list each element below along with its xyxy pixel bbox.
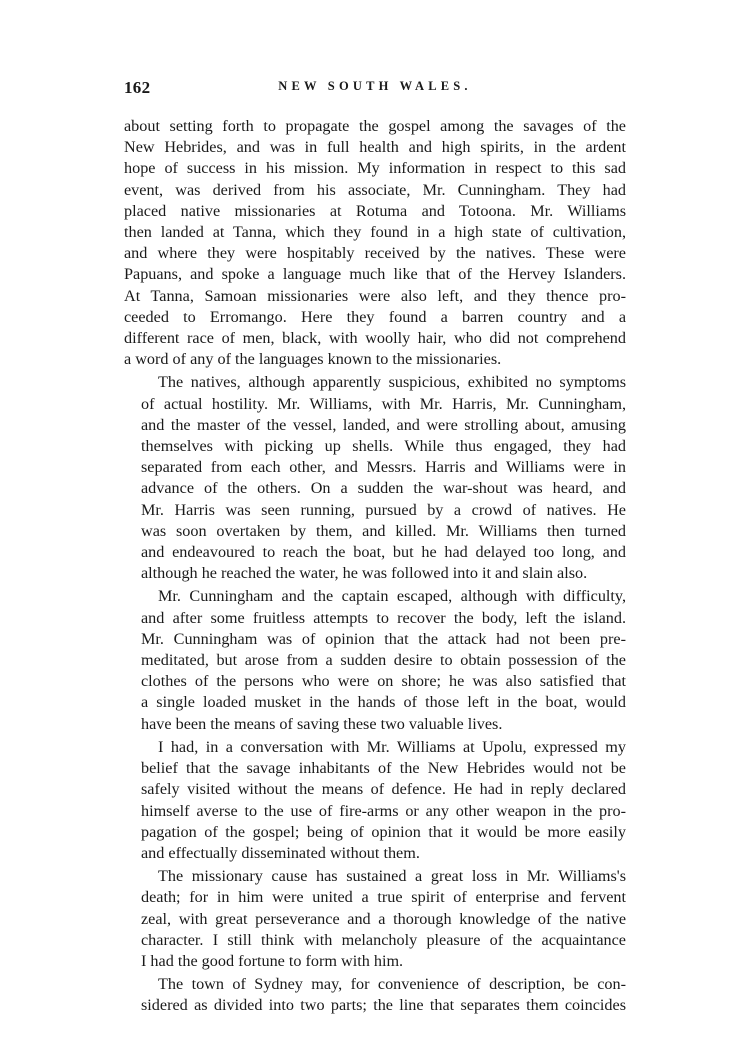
text-line: Mr. Cunningham was of opinion that the a… — [124, 629, 626, 650]
text-line: have been the means of saving these two … — [124, 714, 626, 735]
text-line: safely visited without the means of defe… — [124, 779, 626, 800]
text-line: different race of men, black, with wooll… — [124, 328, 626, 349]
text-line: then landed at Tanna, which they found i… — [124, 222, 626, 243]
running-title: NEW SOUTH WALES. — [124, 79, 626, 94]
text-line: about setting forth to propagate the gos… — [124, 116, 626, 137]
paragraph: The town of Sydney may, for convenience … — [124, 974, 626, 1016]
text-line: himself averse to the use of fire-arms o… — [124, 801, 626, 822]
body-text: about setting forth to propagate the gos… — [124, 116, 626, 1017]
text-line: zeal, with great perseverance and a thor… — [124, 909, 626, 930]
text-line: pagation of the gospel; being of opinion… — [124, 822, 626, 843]
paragraph: about setting forth to propagate the gos… — [124, 116, 626, 370]
text-line: clothes of the persons who were on shore… — [124, 671, 626, 692]
text-line: although he reached the water, he was fo… — [124, 563, 626, 584]
text-line: New Hebrides, and was in full health and… — [124, 137, 626, 158]
text-line: event, was derived from his associate, M… — [124, 180, 626, 201]
paragraph: The missionary cause has sustained a gre… — [124, 866, 626, 972]
text-line: death; for in him were united a true spi… — [124, 887, 626, 908]
text-line: a single loaded musket in the hands of t… — [124, 692, 626, 713]
text-line: ceeded to Erromango. Here they found a b… — [124, 307, 626, 328]
text-line: of actual hostility. Mr. Williams, with … — [124, 394, 626, 415]
text-line: separated from each other, and Messrs. H… — [124, 457, 626, 478]
text-line: was soon overtaken by them, and killed. … — [124, 521, 626, 542]
text-line: a word of any of the languages known to … — [124, 349, 626, 370]
text-line: and effectually disseminated without the… — [124, 843, 626, 864]
paragraph: Mr. Cunningham and the captain escaped, … — [124, 586, 626, 734]
text-line: and the master of the vessel, landed, an… — [124, 415, 626, 436]
text-line: At Tanna, Samoan missionaries were also … — [124, 286, 626, 307]
text-line: advance of the others. On a sudden the w… — [124, 478, 626, 499]
text-line: meditated, but arose from a sudden desir… — [124, 650, 626, 671]
text-line: hope of success in his mission. My infor… — [124, 158, 626, 179]
text-line: Mr. Harris was seen running, pursued by … — [124, 500, 626, 521]
text-line: and endeavoured to reach the boat, but h… — [124, 542, 626, 563]
text-line: placed native missionaries at Rotuma and… — [124, 201, 626, 222]
text-line: The missionary cause has sustained a gre… — [124, 866, 626, 887]
text-line: I had, in a conversation with Mr. Willia… — [124, 737, 626, 758]
running-head: 162 NEW SOUTH WALES. — [124, 76, 626, 102]
text-line: themselves with picking up shells. While… — [124, 436, 626, 457]
text-line: belief that the savage inhabitants of th… — [124, 758, 626, 779]
text-line: Papuans, and spoke a language much like … — [124, 264, 626, 285]
text-line: Mr. Cunningham and the captain escaped, … — [124, 586, 626, 607]
book-page: 162 NEW SOUTH WALES. about setting forth… — [124, 76, 626, 1019]
paragraph: The natives, although apparently suspici… — [124, 372, 626, 584]
paragraph: I had, in a conversation with Mr. Willia… — [124, 737, 626, 864]
text-line: and after some fruitless attempts to rec… — [124, 608, 626, 629]
text-line: I had the good fortune to form with him. — [124, 951, 626, 972]
text-line: and where they were hospitably received … — [124, 243, 626, 264]
text-line: sidered as divided into two parts; the l… — [124, 995, 626, 1016]
text-line: character. I still think with melancholy… — [124, 930, 626, 951]
text-line: The natives, although apparently suspici… — [124, 372, 626, 393]
text-line: The town of Sydney may, for convenience … — [124, 974, 626, 995]
